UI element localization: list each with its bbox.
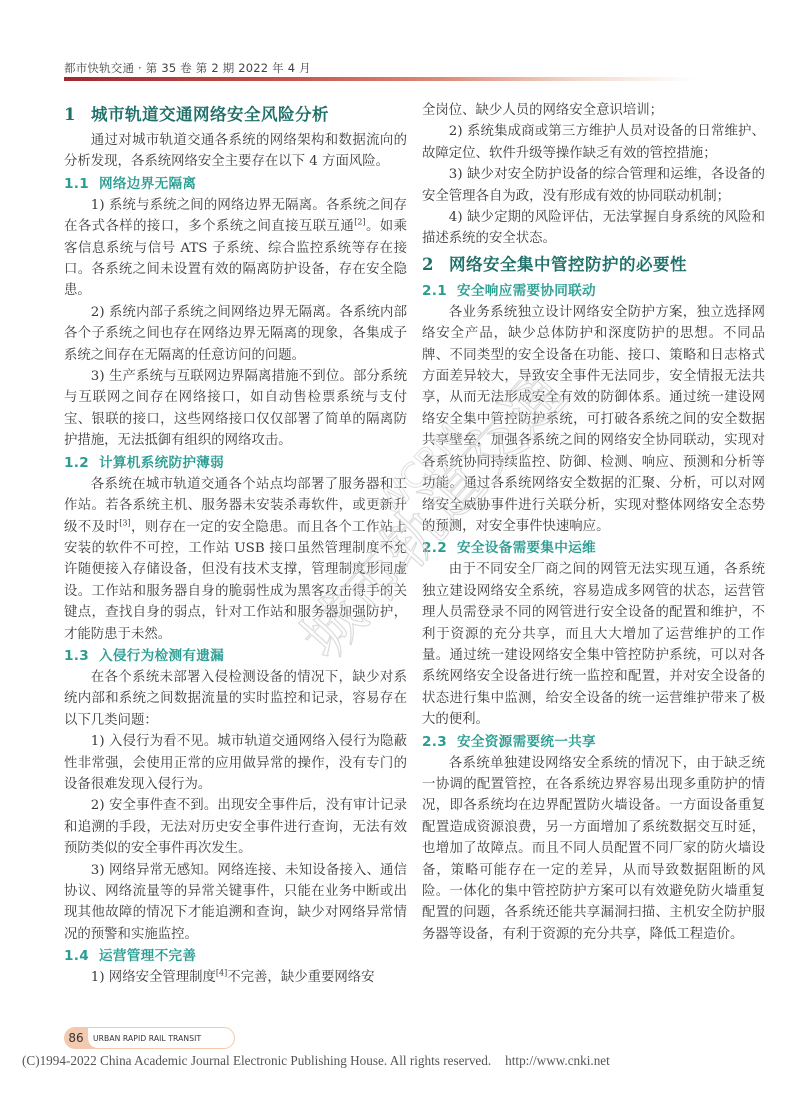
copyright-line: (C)1994-2022 China Academic Journal Elec… — [22, 1053, 610, 1069]
paragraph: 1) 入侵行为看不见。城市轨道交通网络入侵行为隐蔽性非常强，会使用正常的应用做异… — [64, 731, 407, 795]
text-run: 1) 网络安全管理制度 — [91, 970, 216, 985]
subsection-title: 入侵行为检测有遗漏 — [99, 648, 224, 664]
paragraph: 3) 生产系统与互联网边界隔离措施不到位。部分系统与互联网之间存在网络接口，如自… — [64, 366, 407, 452]
subsection-number: 2.1 — [422, 280, 457, 302]
text-run: ，则存在一定的安全隐患。而且各个工作站上安装的软件不可控，工作站 USB 接口虽… — [64, 520, 407, 642]
subsection-1-4-heading: 1.4运营管理不完善 — [64, 945, 407, 967]
paragraph: 2) 系统集成商或第三方维护人员对设备的日常维护、故障定位、软件升级等操作缺乏有… — [422, 121, 765, 164]
page-number: 86 — [64, 1031, 88, 1045]
section-2-heading: 2网络安全集中管控防护的必要性 — [422, 250, 765, 280]
paragraph: 各系统在城市轨道交通各个站点均部署了服务器和工作站。若各系统主机、服务器未安装杀… — [64, 474, 407, 645]
subsection-title: 安全设备需要集中运维 — [457, 540, 596, 556]
subsection-2-1-heading: 2.1安全响应需要协同联动 — [422, 280, 765, 302]
cnki-link[interactable]: http://www.cnki.net — [505, 1053, 610, 1068]
text-run: 不完善，缺少重要网络安 — [227, 970, 374, 985]
paragraph: 各业务系统独立设计网络安全防护方案，独立选择网络安全产品，缺少总体防护和深度防护… — [422, 302, 765, 537]
paragraph: 2) 安全事件查不到。出现安全事件后，没有审计记录和追溯的手段，无法对历史安全事… — [64, 795, 407, 859]
paragraph: 各系统单独建设网络安全系统的情况下，由于缺乏统一协调的配置管控，在各系统边界容易… — [422, 753, 765, 946]
journal-name: URBAN RAPID RAIL TRANSIT — [88, 1028, 234, 1048]
subsection-1-1-heading: 1.1网络边界无隔离 — [64, 173, 407, 195]
subsection-number: 1.2 — [64, 452, 99, 474]
citation-ref[interactable]: [2] — [354, 218, 365, 227]
citation-ref[interactable]: [4] — [216, 969, 227, 978]
copyright-text: (C)1994-2022 China Academic Journal Elec… — [22, 1053, 491, 1068]
text-run: 1) 系统与系统之间的网络边界无隔离。各系统之间存在各式各样的接口，多个系统之间… — [64, 198, 407, 234]
subsection-number: 1.1 — [64, 173, 99, 195]
subsection-title: 运营管理不完善 — [99, 948, 196, 964]
paragraph: 3) 网络异常无感知。网络连接、未知设备接入、通信协议、网络流量等的异常关键事件… — [64, 860, 407, 946]
paragraph: 1) 系统与系统之间的网络边界无隔离。各系统之间存在各式各样的接口，多个系统之间… — [64, 195, 407, 302]
subsection-title: 计算机系统防护薄弱 — [99, 455, 224, 471]
paragraph: 通过对城市轨道交通各系统的网络架构和数据流向的分析发现，各系统网络安全主要存在以… — [64, 130, 407, 173]
subsection-number: 1.3 — [64, 645, 99, 667]
paragraph-continuation: 全岗位、缺少人员的网络安全意识培训； — [422, 100, 765, 121]
left-column: 1城市轨道交通网络安全风险分析 通过对城市轨道交通各系统的网络架构和数据流向的分… — [64, 100, 407, 989]
subsection-number: 2.2 — [422, 537, 457, 559]
paragraph: 在各个系统未部署入侵检测设备的情况下，缺少对系统内部和系统之间数据流量的实时监控… — [64, 667, 407, 731]
paragraph: 2) 系统内部子系统之间网络边界无隔离。各系统内部各个子系统之间也存在网络边界无… — [64, 302, 407, 366]
paragraph: 4) 缺少定期的风险评估，无法掌握自身系统的风险和描述系统的安全状态。 — [422, 207, 765, 250]
section-title: 城市轨道交通网络安全风险分析 — [91, 105, 329, 124]
folio-badge: 86 URBAN RAPID RAIL TRANSIT — [64, 1027, 235, 1049]
right-column: 全岗位、缺少人员的网络安全意识培训； 2) 系统集成商或第三方维护人员对设备的日… — [422, 100, 765, 945]
section-number: 1 — [64, 100, 91, 130]
subsection-1-3-heading: 1.3入侵行为检测有遗漏 — [64, 645, 407, 667]
header-rule — [64, 77, 694, 81]
subsection-title: 安全资源需要统一共享 — [457, 734, 596, 750]
subsection-title: 网络边界无隔离 — [99, 176, 196, 192]
subsection-2-3-heading: 2.3安全资源需要统一共享 — [422, 731, 765, 753]
paragraph: 由于不同安全厂商之间的网管无法实现互通，各系统独立建设网络安全系统，容易造成多网… — [422, 559, 765, 730]
section-1-heading: 1城市轨道交通网络安全风险分析 — [64, 100, 407, 130]
subsection-number: 2.3 — [422, 731, 457, 753]
section-title: 网络安全集中管控防护的必要性 — [449, 255, 687, 274]
paragraph: 3) 缺少对安全防护设备的综合管理和运维，各设备的安全管理各自为政，没有形成有效… — [422, 164, 765, 207]
running-head: 都市快轨交通 · 第 35 卷 第 2 期 2022 年 4 月 — [64, 60, 311, 76]
paragraph: 1) 网络安全管理制度[4]不完善，缺少重要网络安 — [64, 967, 407, 988]
subsection-2-2-heading: 2.2安全设备需要集中运维 — [422, 537, 765, 559]
section-number: 2 — [422, 250, 449, 280]
subsection-1-2-heading: 1.2计算机系统防护薄弱 — [64, 452, 407, 474]
subsection-number: 1.4 — [64, 945, 99, 967]
citation-ref[interactable]: [3] — [119, 518, 130, 527]
subsection-title: 安全响应需要协同联动 — [457, 283, 596, 299]
